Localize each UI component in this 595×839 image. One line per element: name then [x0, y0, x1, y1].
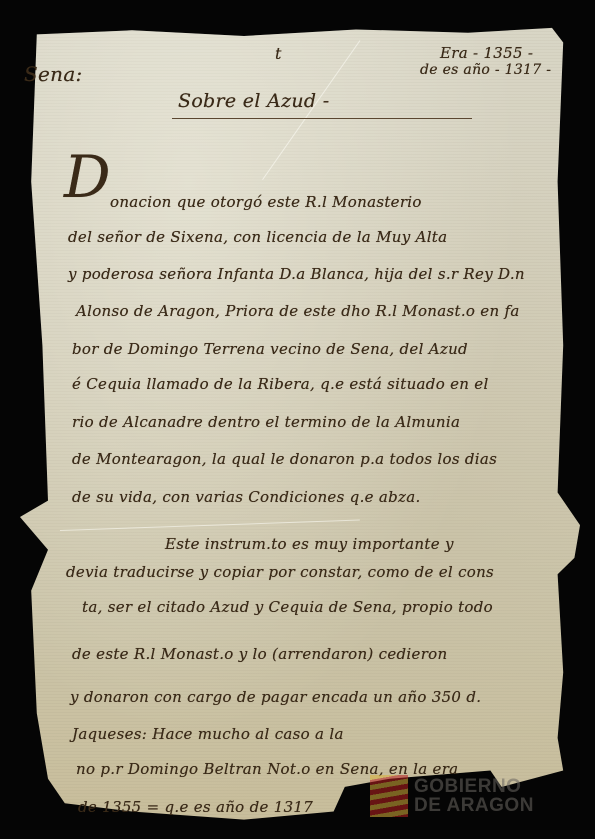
watermark-line2: DE ARAGON — [414, 796, 534, 815]
text-line: y poderosa señora Infanta D.a Blanca, hi… — [68, 265, 525, 283]
text-line: de este R.l Monast.o y lo (arrendaron) c… — [72, 645, 447, 663]
text-line: de 1355 = q.e es año de 1317 — [78, 798, 313, 816]
text-line: ta, ser el citado Azud y Cequia de Sena,… — [82, 598, 493, 616]
text-line: Alonso de Aragon, Priora de este dho R.l… — [76, 302, 520, 320]
watermark-line1: GOBIERNO — [414, 777, 534, 796]
text-line: del señor de Sixena, con licencia de la … — [68, 228, 447, 246]
text-line: bor de Domingo Terrena vecino de Sena, d… — [72, 340, 468, 358]
header-era: Era - 1355 - — [440, 44, 533, 62]
text-line: onacion que otorgó este R.l Monasterio — [110, 193, 422, 211]
header-place: Sena: — [24, 62, 83, 86]
title-underline — [172, 118, 472, 119]
header-mark: t — [275, 44, 282, 63]
text-line: y donaron con cargo de pagar encada un a… — [70, 688, 481, 706]
text-line: rio de Alcanadre dentro el termino de la… — [72, 413, 460, 431]
document-title: Sobre el Azud - — [178, 90, 329, 112]
text-line: de su vida, con varias Condiciones q.e a… — [72, 488, 421, 506]
aragon-flag-icon — [370, 775, 408, 817]
gobierno-de-aragon-watermark: GOBIERNO DE ARAGON — [370, 775, 534, 817]
header-year: de es año - 1317 - — [420, 62, 551, 78]
text-line: é Cequia llamado de la Ribera, q.e está … — [72, 375, 489, 393]
text-line: Este instrum.to es muy importante y — [165, 535, 454, 553]
text-line: Jaqueses: Hace mucho al caso a la — [72, 725, 344, 743]
text-line: de Montearagon, la qual le donaron p.a t… — [72, 450, 497, 468]
drop-cap: D — [64, 148, 111, 206]
text-line: devia traducirse y copiar por constar, c… — [66, 563, 494, 581]
